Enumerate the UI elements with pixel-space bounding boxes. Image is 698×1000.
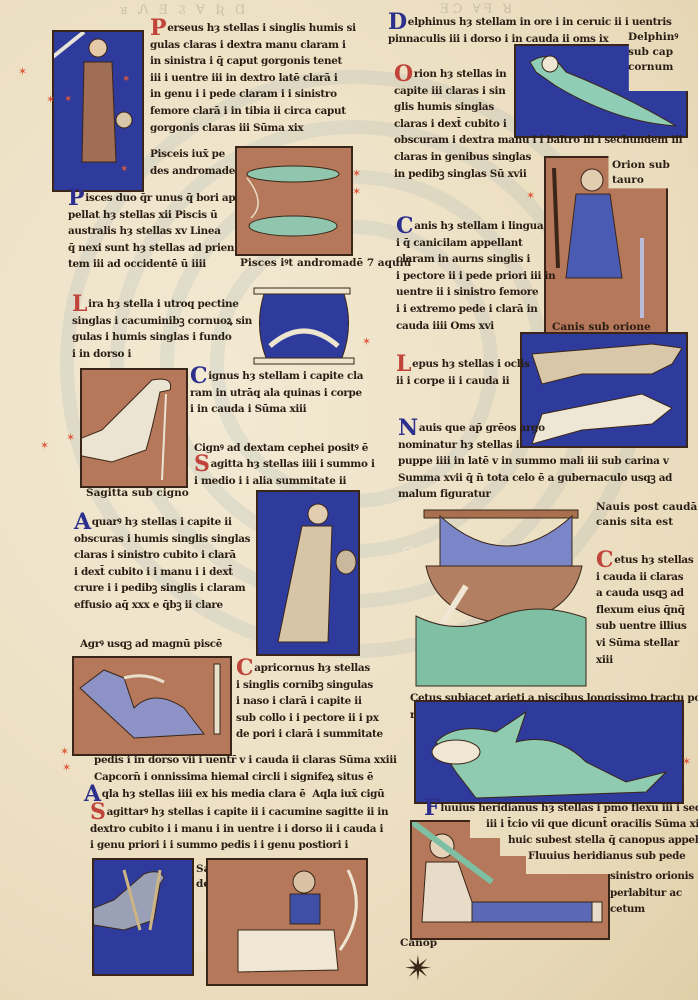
canis-initial: C [396, 218, 413, 234]
star-icon: ✶ [18, 66, 27, 77]
pisces-text: P isces duo q̄r unus q̄ bori ap pellat h… [68, 190, 234, 273]
star-icon: ✶ [352, 168, 361, 179]
eridanus-text-3: huic subest stella q̄ canopus appellā [508, 832, 698, 849]
cygnus-illustration [80, 368, 188, 488]
lepus-text: L epus hȝ stellas i oclis ii i corpe ii … [396, 356, 513, 389]
sagittarius-initial: S [90, 804, 106, 820]
navis-initial: N [398, 420, 418, 436]
pisces-figure-label: Pisces iꝰt andromadē 7 aquiū [240, 256, 411, 271]
star-icon: ✶ [362, 336, 371, 347]
perseus-text: P erseus hȝ stellas i singlis humis si g… [150, 20, 346, 136]
pisces-initial: P [68, 190, 84, 206]
star-icon: ✶ [46, 94, 55, 105]
cetus-illustration [414, 700, 684, 804]
eridanus-text-4: Fluuius heridianus sub pede [528, 848, 685, 865]
navis-text: N auis que ap̄ grēos argo nominatur hȝ s… [398, 420, 672, 503]
aquarius-illustration [256, 490, 360, 656]
orion-caption: Orion sub tauro [612, 158, 670, 188]
aquarius-caption: Agrꝰ usqꝫ ad magnū piscē [80, 636, 222, 653]
aquarius-initial: A [74, 514, 91, 530]
navis-caption: Nauis post caudā canis sita est [596, 500, 697, 530]
canis-text: C anis hȝ stellam i lingua i q̄ canicila… [396, 218, 555, 334]
svg-text:✶: ✶ [64, 94, 72, 105]
star-icon: ✶ [60, 746, 69, 757]
lyre-icon [250, 276, 360, 366]
perseus-illustration: ✶ ✶ ✶ [52, 30, 144, 192]
capricornus-initial: C [236, 660, 253, 676]
lyra-text: L ira hȝ stella i utroq pectine singlas … [72, 296, 252, 362]
sagittarius-text: S agittarꝰ hȝ stellas i capite ii i cacu… [90, 804, 383, 854]
cygnus-initial: C [190, 368, 207, 384]
star-icon: ✶ [682, 756, 691, 767]
cetus-initial: C [596, 552, 613, 568]
eridanus-text-2: iii i t̄cio vii que dicunt̄ oracilis Sūm… [486, 816, 698, 833]
ship-argo-icon: ☊ [396, 506, 596, 696]
eridanus-text: F luuius heridianus hȝ stellas i p̄mo fl… [424, 800, 692, 817]
lepus-initial: L [396, 356, 411, 372]
svg-text:✶: ✶ [122, 74, 130, 85]
cygnus-text: C ignus hȝ stellam i capite cla ram in u… [190, 368, 362, 418]
star-icon: ✶ [40, 440, 49, 451]
svg-text:✶: ✶ [120, 164, 128, 175]
aquila-illustration [92, 858, 194, 976]
capricornus-text: C apricornus hȝ stellas i singlis cornib… [236, 660, 383, 743]
capricornus-text-cont: pedis i in dorso vii i uentr̄ v i cauda … [94, 752, 397, 785]
perseus-figure-icon: ✶ ✶ ✶ [54, 32, 142, 190]
orion-initial: O [394, 66, 413, 82]
lyra-initial: L [72, 296, 87, 312]
sagitta-initial: S [194, 456, 210, 472]
perseus-initial: P [150, 20, 166, 36]
aquarius-text: A quarꝰ hȝ stellas i capite ii obscuras … [74, 514, 250, 614]
aquila-text: A qla hȝ stellas iiii ex his media clara… [84, 786, 367, 803]
star-icon: ✶ [526, 190, 535, 201]
eridanus-initial: F [424, 800, 439, 816]
swan-icon [82, 370, 186, 486]
sagitta-text: S agitta hȝ stellas iiii i summo i i med… [194, 456, 358, 489]
centaur-archer-icon [208, 860, 366, 984]
star-icon: ✶ [66, 432, 75, 443]
eridanus-text-5: sinistro orionis perlabitur ac cetum [610, 868, 694, 918]
sagitta-figure-label: Sagitta sub cigno [86, 486, 189, 501]
capricornus-illustration [72, 656, 232, 756]
sea-monster-icon [416, 702, 682, 802]
two-fish-icon [237, 148, 351, 254]
cetus-text: C etus hȝ stellas i cauda ii claras a ca… [596, 552, 687, 668]
manuscript-page: ᴚ Ꮑ Ǝ Ϩ Ɐ Ʀ Ɑ ƎƆ ∀ꟻ ꓤ ✶ ✶ ✶ P erseus hȝ … [0, 0, 698, 1000]
sea-goat-icon [74, 658, 230, 754]
ship-prow-icon: ☊ [402, 543, 416, 562]
cygnus-caption: Cignꝰ ad dextam cephei positꝰ ē [194, 440, 368, 457]
eagle-icon [94, 860, 192, 974]
star-icon: ✶ [62, 762, 71, 773]
star-icon: ✶ [352, 186, 361, 197]
water-bearer-icon [258, 492, 358, 654]
delphinus-initial: D [388, 14, 407, 30]
canopus-star-icon: ✴ [404, 952, 433, 986]
delphinus-text: D elphinus hȝ stellam in ore i in ceruic… [388, 14, 652, 47]
pisces-illustration [235, 146, 353, 256]
pisces-caption: Pisceis iux̄ pe des andromade [150, 146, 235, 179]
running-header-left: ᴚ Ꮑ Ǝ Ϩ Ɐ Ʀ Ɑ [120, 2, 248, 18]
sagittarius-illustration [206, 858, 368, 986]
